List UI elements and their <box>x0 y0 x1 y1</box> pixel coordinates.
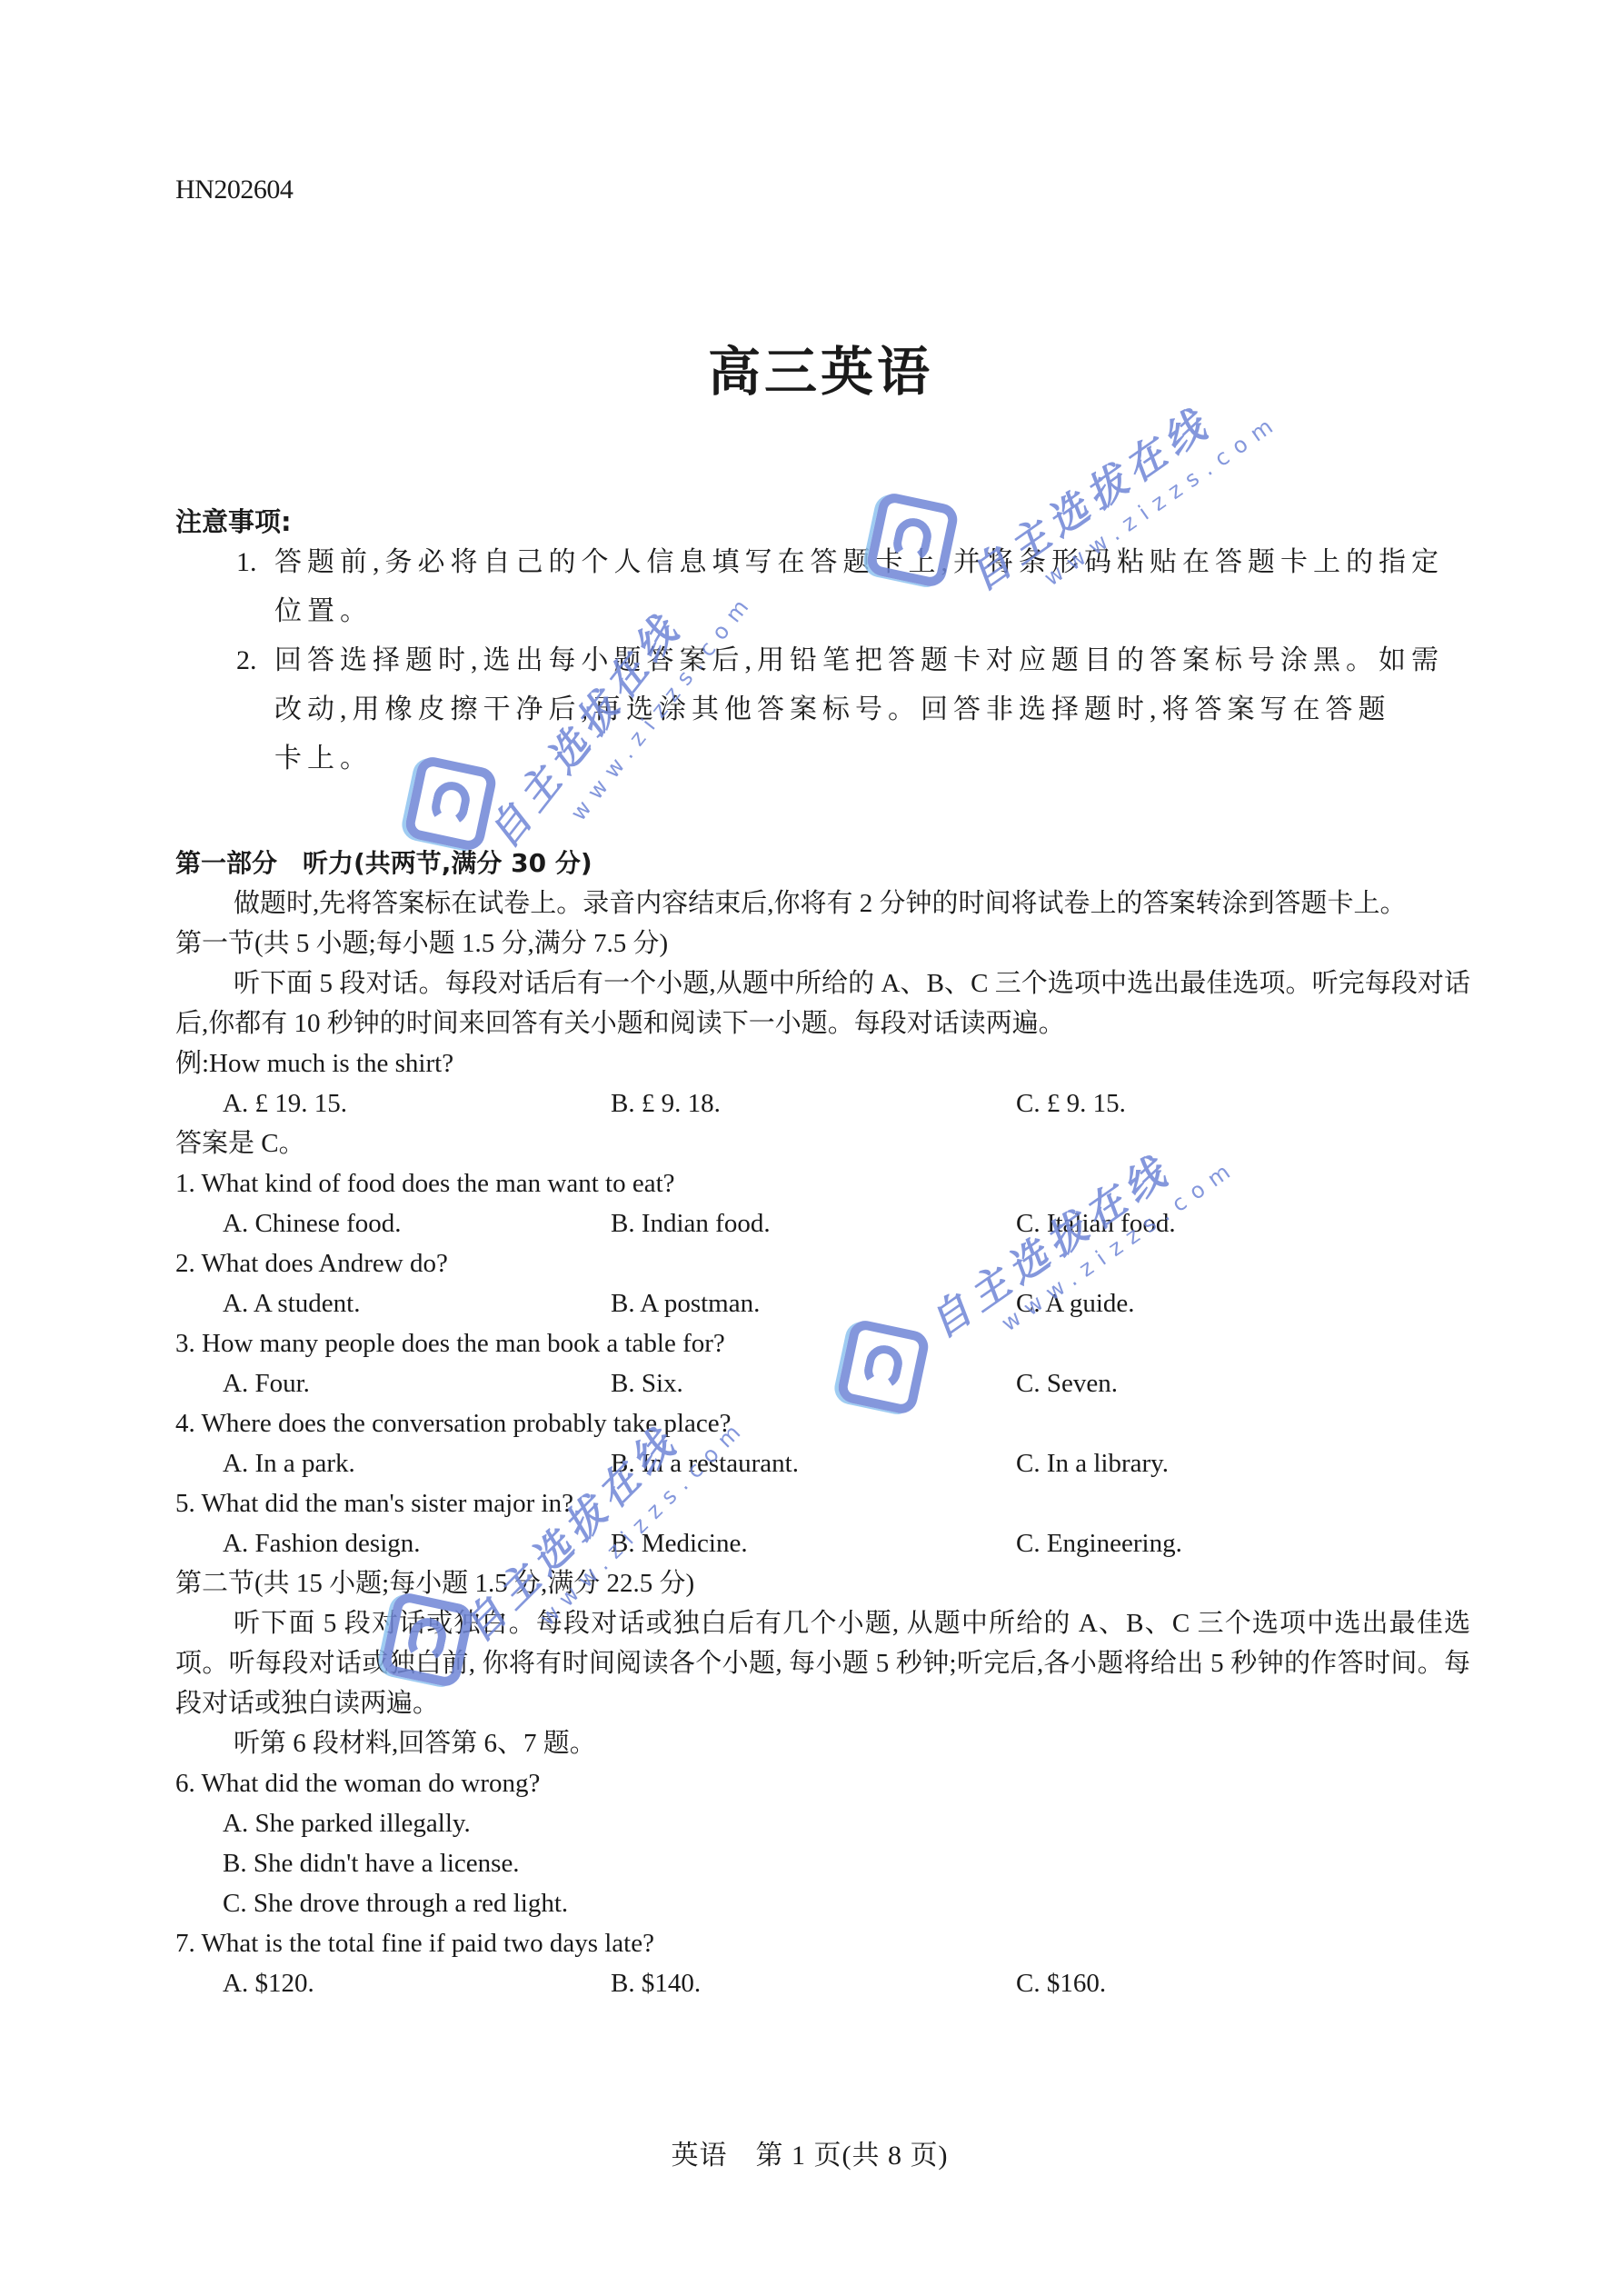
option-c: C. A guide. <box>1016 1283 1135 1323</box>
option-a: A. She parked illegally. <box>175 1803 1470 1843</box>
option-b: B. £ 9. 18. <box>611 1083 721 1123</box>
note-text-cont: 卡上。 <box>238 734 1474 784</box>
example-answer: 答案是 C。 <box>175 1123 1470 1163</box>
option-a: A. $120. <box>223 1963 314 2003</box>
option-c: C. She drove through a red light. <box>175 1883 1470 1923</box>
option-a: A. In a park. <box>223 1443 355 1483</box>
example-question: 例:How much is the shirt? <box>175 1043 1470 1083</box>
option-b: B. A postman. <box>611 1283 760 1323</box>
listening-part: 第一部分 听力(共两节,满分 30 分) 做题时,先将答案标在试卷上。录音内容结… <box>175 844 1470 2003</box>
question-7-options: A. $120. B. $140. C. $160. <box>175 1963 1470 2003</box>
footer-text: 英语 第 1 页(共 8 页) <box>672 2141 949 2171</box>
title-text: 高三英语 <box>708 341 933 403</box>
section2-heading: 第二节(共 15 小题;每小题 1.5 分,满分 22.5 分) <box>175 1563 1470 1603</box>
note-text-cont: 改动,用橡皮擦干净后,再选涂其他答案标号。回答非选择题时,将答案写在答题 <box>238 685 1474 734</box>
section1-heading: 第一节(共 5 小题;每小题 1.5 分,满分 7.5 分) <box>175 923 1470 963</box>
option-b: B. $140. <box>611 1963 701 2003</box>
part-heading: 第一部分 听力(共两节,满分 30 分) <box>175 844 1470 883</box>
option-c: C. $160. <box>1016 1963 1106 2003</box>
question-3: 3. How many people does the man book a t… <box>175 1323 1470 1363</box>
notes-heading: 注意事项: <box>175 502 292 539</box>
option-a: A. £ 19. 15. <box>223 1083 347 1123</box>
option-a: A. Four. <box>223 1363 310 1403</box>
option-c: C. Seven. <box>1016 1363 1118 1403</box>
note-number: 1. <box>237 538 274 587</box>
material-instruction: 听第 6 段材料,回答第 6、7 题。 <box>175 1723 1470 1763</box>
option-b: B. Medicine. <box>611 1523 748 1563</box>
question-4: 4. Where does the conversation probably … <box>175 1403 1470 1443</box>
option-b: B. Indian food. <box>611 1203 771 1243</box>
question-5: 5. What did the man's sister major in? <box>175 1483 1470 1523</box>
note-text: 答题前,务必将自己的个人信息填写在答题卡上,并将条形码粘贴在答题卡上的指定 <box>274 547 1444 577</box>
note-item-1: 1.答题前,务必将自己的个人信息填写在答题卡上,并将条形码粘贴在答题卡上的指定 … <box>238 538 1474 636</box>
note-text: 回答选择题时,选出每小题答案后,用铅笔把答题卡对应题目的答案标号涂黑。如需 <box>274 645 1444 675</box>
option-b: B. In a restaurant. <box>611 1443 799 1483</box>
option-b: B. She didn't have a license. <box>175 1843 1470 1883</box>
note-number: 2. <box>237 636 274 685</box>
paper-code: HN202604 <box>175 175 293 205</box>
option-a: A. Chinese food. <box>223 1203 402 1243</box>
exam-page: HN202604 高三英语 注意事项: 1.答题前,务必将自己的个人信息填写在答… <box>0 0 1623 2296</box>
option-c: C. £ 9. 15. <box>1016 1083 1126 1123</box>
page-title: 高三英语 <box>0 329 1623 405</box>
option-c: C. Italian food. <box>1016 1203 1176 1243</box>
section2-intro: 听下面 5 段对话或独白。每段对话或独白后有几个小题, 从题中所给的 A、B、C… <box>175 1603 1470 1723</box>
question-5-options: A. Fashion design. B. Medicine. C. Engin… <box>175 1523 1470 1563</box>
option-a: A. A student. <box>223 1283 360 1323</box>
option-b: B. Six. <box>611 1363 683 1403</box>
question-7: 7. What is the total fine if paid two da… <box>175 1923 1470 1963</box>
question-2-options: A. A student. B. A postman. C. A guide. <box>175 1283 1470 1323</box>
note-item-2: 2.回答选择题时,选出每小题答案后,用铅笔把答题卡对应题目的答案标号涂黑。如需 … <box>238 636 1474 784</box>
question-1-options: A. Chinese food. B. Indian food. C. Ital… <box>175 1203 1470 1243</box>
option-a: A. Fashion design. <box>223 1523 421 1563</box>
example-options: A. £ 19. 15. B. £ 9. 18. C. £ 9. 15. <box>175 1083 1470 1123</box>
part-intro: 做题时,先将答案标在试卷上。录音内容结束后,你将有 2 分钟的时间将试卷上的答案… <box>175 883 1470 923</box>
question-3-options: A. Four. B. Six. C. Seven. <box>175 1363 1470 1403</box>
question-2: 2. What does Andrew do? <box>175 1243 1470 1283</box>
question-1: 1. What kind of food does the man want t… <box>175 1163 1470 1203</box>
option-c: C. In a library. <box>1016 1443 1169 1483</box>
section1-intro: 听下面 5 段对话。每段对话后有一个小题,从题中所给的 A、B、C 三个选项中选… <box>175 963 1470 1043</box>
option-c: C. Engineering. <box>1016 1523 1182 1563</box>
page-footer: 英语 第 1 页(共 8 页) <box>0 2132 1623 2172</box>
question-6: 6. What did the woman do wrong? <box>175 1763 1470 1803</box>
note-text-cont: 位置。 <box>238 587 1474 636</box>
question-4-options: A. In a park. B. In a restaurant. C. In … <box>175 1443 1470 1483</box>
